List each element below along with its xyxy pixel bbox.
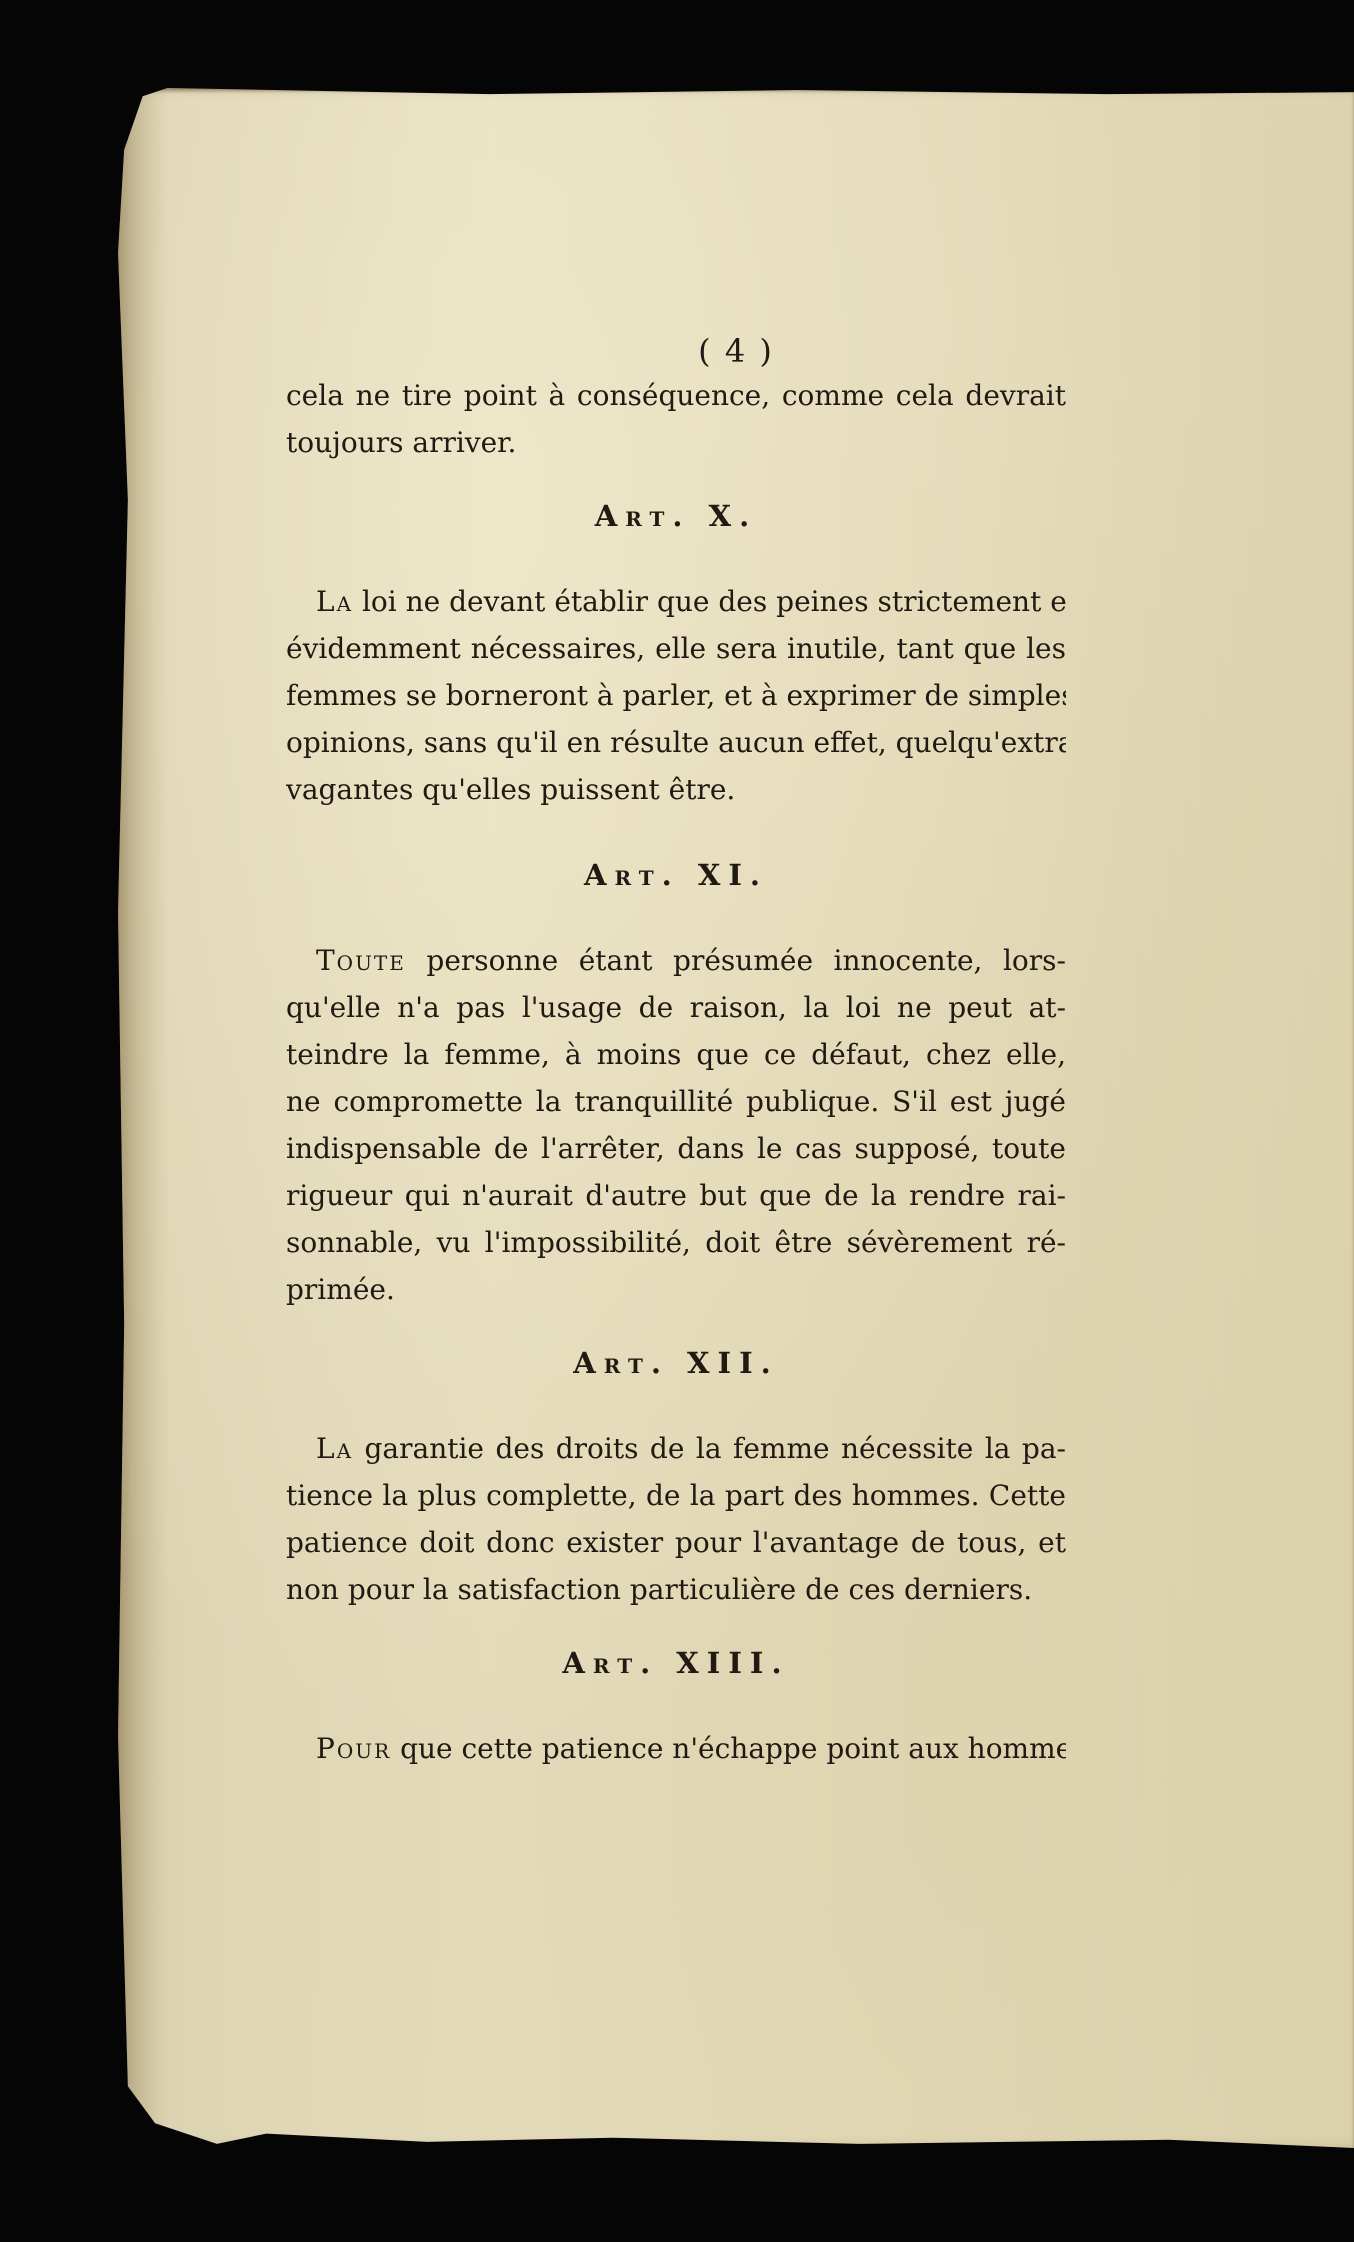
article-xi-paragraph: Toute personne étant présumée innocente,… (286, 937, 1066, 1313)
lead-word: Pour (316, 1732, 391, 1765)
lead-word: La (316, 585, 353, 618)
text-line: cela ne tire point à conséquence, comme … (286, 372, 1066, 419)
text-line: teindre la femme, à moins que ce défaut,… (286, 1031, 1066, 1078)
text-line: Pour que cette patience n'échappe point … (286, 1725, 1066, 1772)
text-line: patience doit donc exister pour l'avanta… (286, 1519, 1066, 1566)
scan-background: ( 4 ) cela ne tire point à conséquence, … (0, 0, 1354, 2242)
intro-paragraph: cela ne tire point à conséquence, comme … (286, 372, 1066, 466)
text-line: indispensable de l'arrêter, dans le cas … (286, 1125, 1066, 1172)
article-heading-xiii: Art. XIII. (286, 1635, 1066, 1691)
lead-word: La (316, 1432, 353, 1465)
page-text: ( 4 ) cela ne tire point à conséquence, … (286, 330, 1066, 1772)
text-line: rigueur qui n'aurait d'autre but que de … (286, 1172, 1066, 1219)
text-line: qu'elle n'a pas l'usage de raison, la lo… (286, 984, 1066, 1031)
text-line: La loi ne devant établir que des peines … (286, 578, 1066, 625)
text-span: personne étant présumée innocente, lors- (426, 944, 1066, 977)
text-line: opinions, sans qu'il en résulte aucun ef… (286, 719, 1066, 766)
text-line: femmes se borneront à parler, et à expri… (286, 672, 1066, 719)
article-heading-xi: Art. XI. (286, 847, 1066, 903)
text-span: que cette patience n'échappe point aux h… (400, 1732, 1066, 1765)
text-line: vagantes qu'elles puissent être. (286, 766, 1066, 813)
text-line: La garantie des droits de la femme néces… (286, 1425, 1066, 1472)
text-line: primée. (286, 1266, 1066, 1313)
text-line: non pour la satisfaction particulière de… (286, 1566, 1066, 1613)
text-line: évidemment nécessaires, elle sera inutil… (286, 625, 1066, 672)
article-xiii-paragraph: Pour que cette patience n'échappe point … (286, 1725, 1066, 1772)
article-heading-xii: Art. XII. (286, 1335, 1066, 1391)
text-span: garantie des droits de la femme nécessit… (365, 1432, 1067, 1465)
lead-word: Toute (316, 944, 406, 977)
text-span: loi ne devant établir que des peines str… (362, 585, 1066, 618)
article-x-paragraph: La loi ne devant établir que des peines … (286, 578, 1066, 813)
article-xii-paragraph: La garantie des droits de la femme néces… (286, 1425, 1066, 1613)
article-heading-x: Art. X. (286, 488, 1066, 544)
text-line: tience la plus complette, de la part des… (286, 1472, 1066, 1519)
text-line: Toute personne étant présumée innocente,… (286, 937, 1066, 984)
text-line: toujours arriver. (286, 419, 1066, 466)
page-number: ( 4 ) (286, 330, 1066, 372)
page-fold-edge (118, 88, 170, 2148)
text-line: sonnable, vu l'impossibilité, doit être … (286, 1219, 1066, 1266)
text-line: ne compromette la tranquillité publique.… (286, 1078, 1066, 1125)
